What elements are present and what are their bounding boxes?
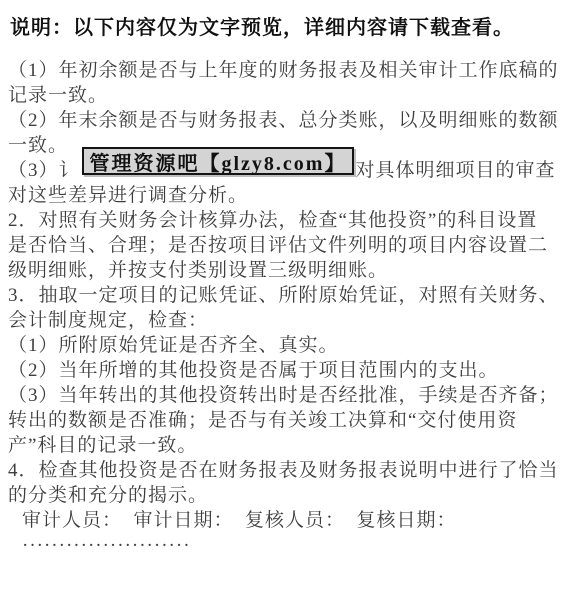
text-line: 3．抽取一定项目的记账凭证、所附原始凭证，对照有关财务、: [8, 283, 578, 308]
text-before-watermark: （3）讠: [8, 160, 79, 181]
preview-page: 说明：以下内容仅为文字预览，详细内容请下载查看。 （1）年初余额是否与上年度的财…: [0, 0, 578, 600]
text-line: 产”科目的记录一致。: [8, 433, 578, 458]
text-line: 级明细账，并按支付类别设置三级明细账。: [8, 258, 578, 283]
text-line: 2．对照有关财务会计核算办法，检查“其他投资”的科目设置: [8, 208, 578, 233]
text-line: 是否恰当、合理；是否按项目评估文件列明的项目内容设置二: [8, 233, 578, 258]
text-line: 记录一致。: [8, 83, 578, 108]
text-line: 转出的数额是否准确；是否与有关竣工决算和“交付使用资: [8, 408, 578, 433]
dots-line: ·······················: [8, 533, 578, 558]
watermark-badge: 管理资源吧【glzy8.com】: [82, 147, 354, 175]
text-line: （3）当年转出的其他投资转出时是否经批准，手续是否齐备；: [8, 383, 578, 408]
text-line: 4．检查其他投资是否在财务报表及财务报表说明中进行了恰当: [8, 458, 578, 483]
text-line: 审计人员： 审计日期： 复核人员： 复核日期：: [8, 508, 578, 533]
text-line: 的分类和充分的揭示。: [8, 483, 578, 508]
text-line: 对这些差异进行调查分析。: [8, 183, 578, 208]
text-line: （1）年初余额是否与上年度的财务报表及相关审计工作底稿的: [8, 58, 578, 83]
text-line: 会计制度规定，检查：: [8, 308, 578, 333]
text-line: （2）当年所增的其他投资是否属于项目范围内的支出。: [8, 358, 578, 383]
text-line: （1）所附原始凭证是否齐全、真实。: [8, 333, 578, 358]
preview-notice: 说明：以下内容仅为文字预览，详细内容请下载查看。: [8, 13, 578, 43]
text-line: （2）年末余额是否与财务报表、总分类账，以及明细账的数额: [8, 108, 578, 133]
document-body: （1）年初余额是否与上年度的财务报表及相关审计工作底稿的记录一致。（2）年末余额…: [8, 58, 578, 558]
text-after-watermark: 对具体明细项目的审查: [356, 160, 556, 181]
